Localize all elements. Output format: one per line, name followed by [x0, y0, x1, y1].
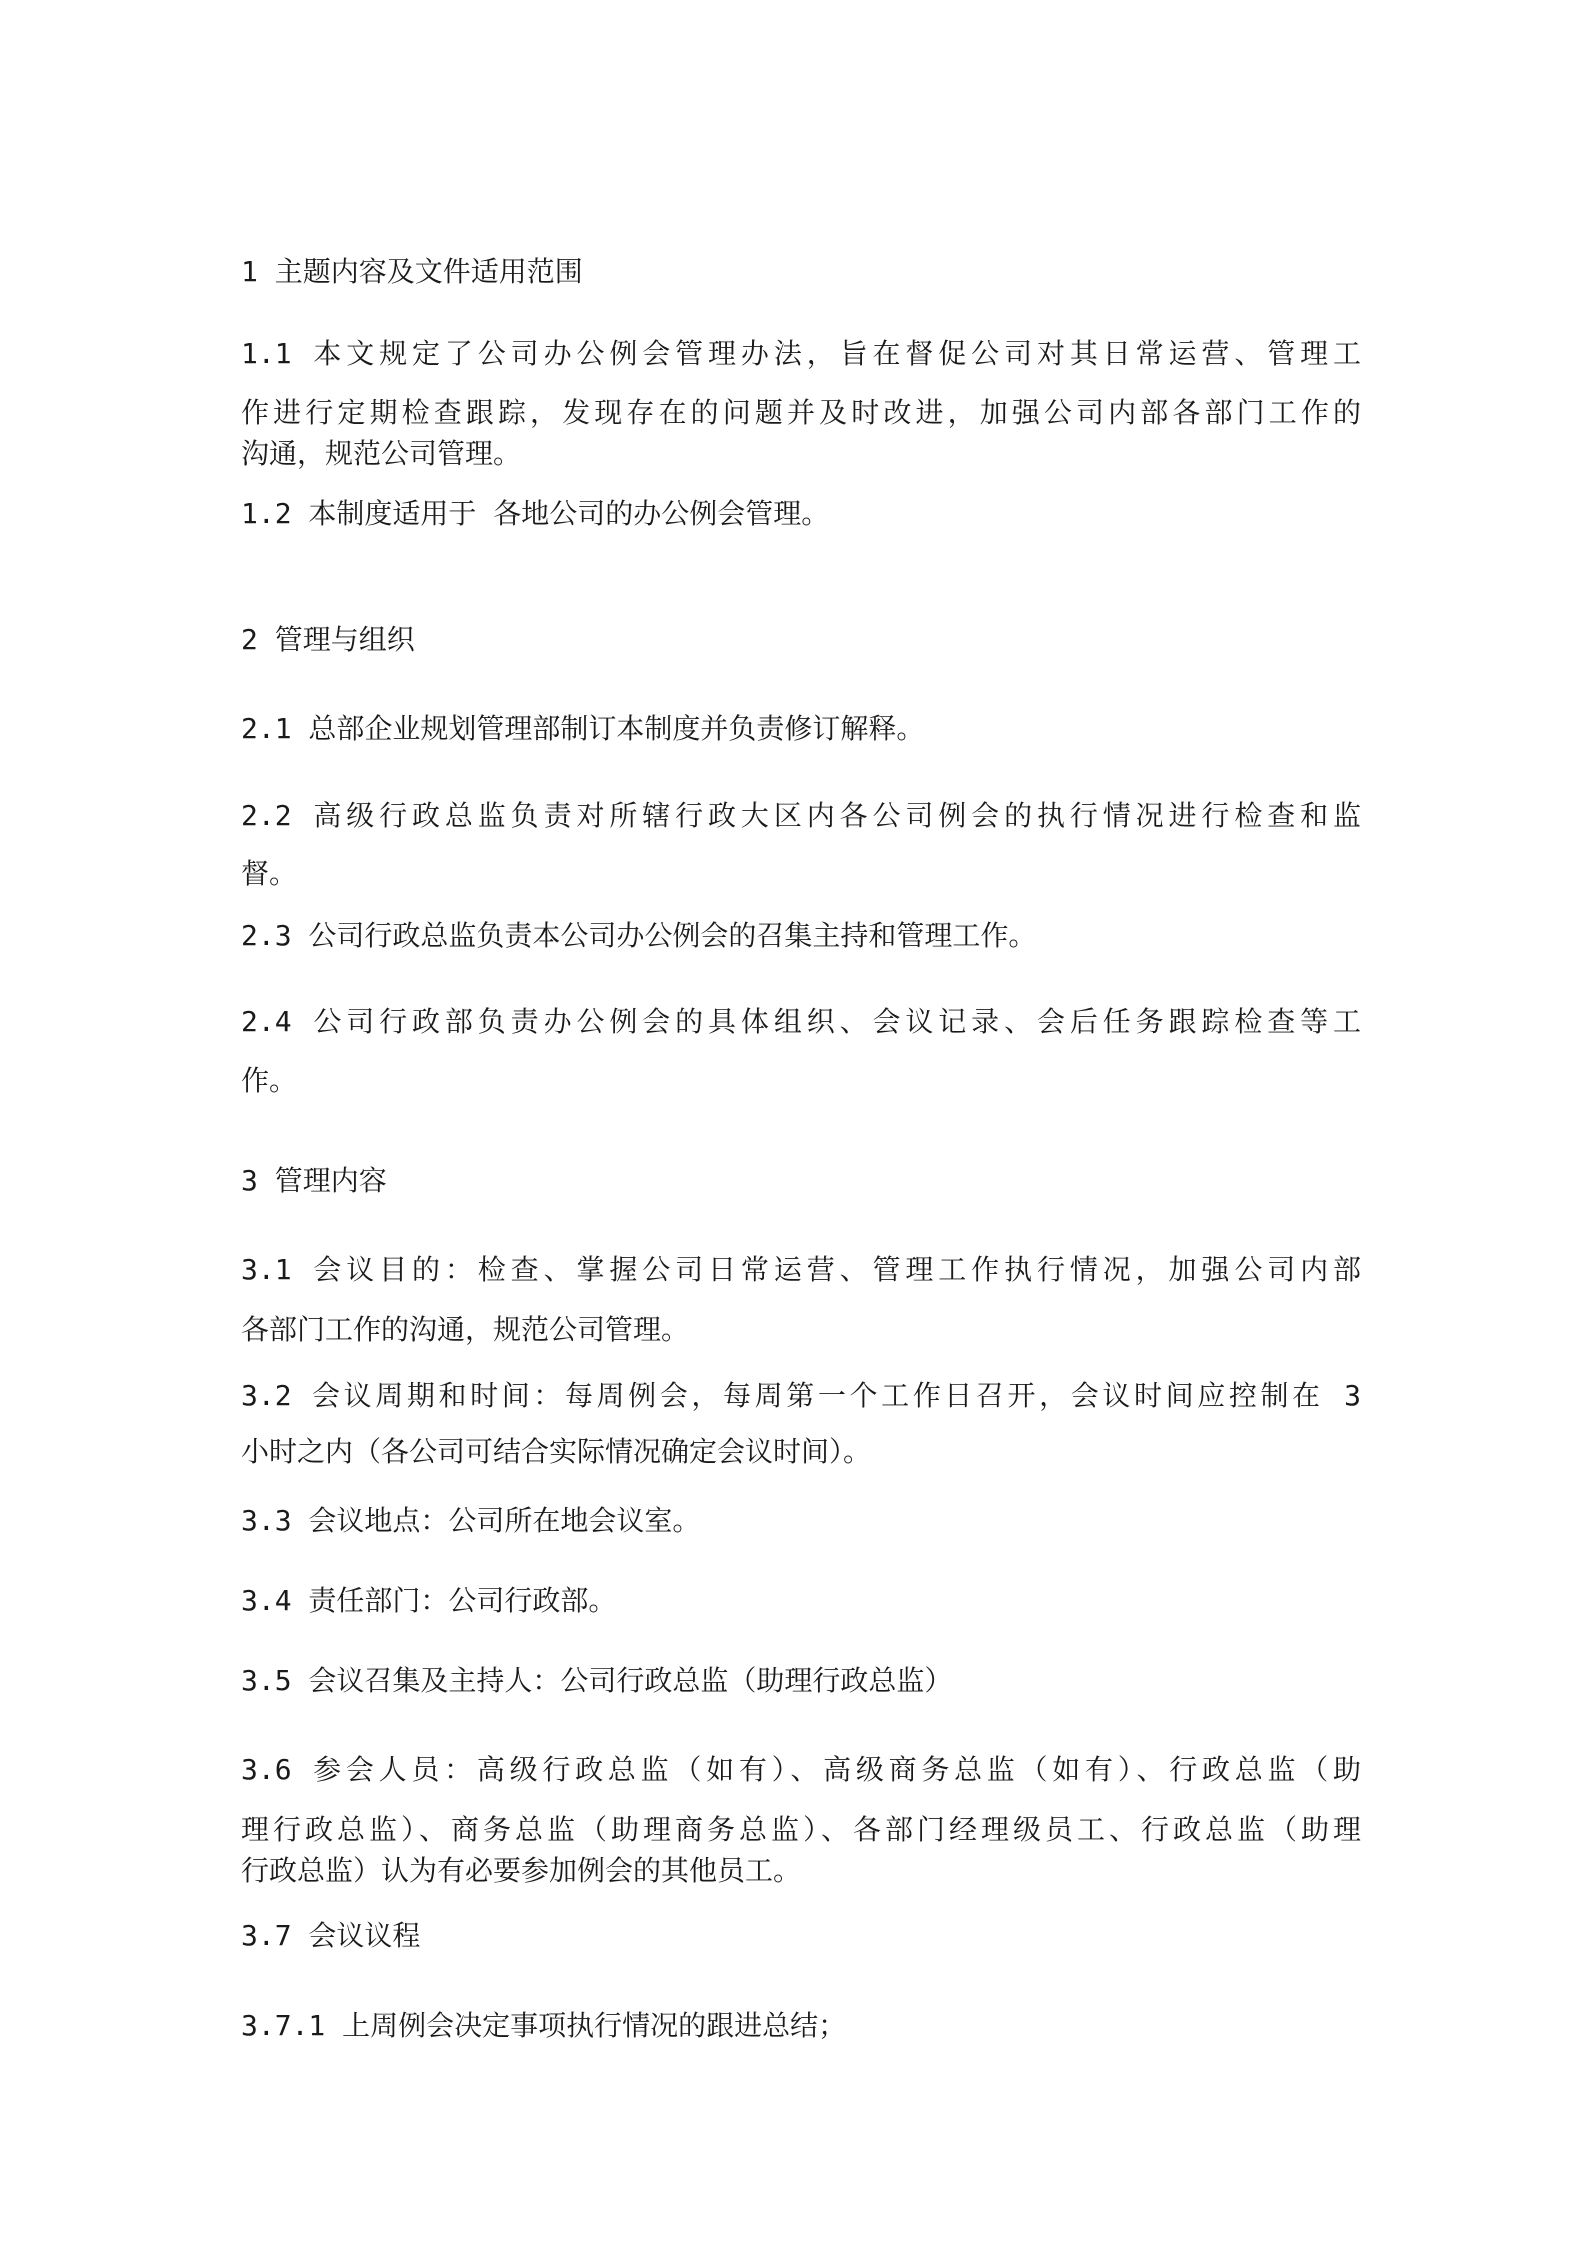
section-heading-3: 3 管理内容	[241, 1163, 1361, 1199]
section-heading-1: 1 主题内容及文件适用范围	[241, 254, 1361, 290]
clause-2-2-line-1: 2.2 高级行政总监负责对所辖行政大区内各公司例会的执行情况进行检查和监	[241, 798, 1361, 834]
clause-3-4: 3.4 责任部门：公司行政部。	[241, 1583, 1361, 1619]
clause-3-1-line-2: 各部门工作的沟通，规范公司管理。	[241, 1312, 1361, 1348]
clause-3-6-line-2: 理行政总监）、商务总监（助理商务总监）、各部门经理级员工、行政总监（助理	[241, 1812, 1361, 1848]
clause-3-7-1: 3.7.1 上周例会决定事项执行情况的跟进总结；	[241, 2008, 1361, 2044]
section-heading-2: 2 管理与组织	[241, 622, 1361, 658]
clause-3-5: 3.5 会议召集及主持人：公司行政总监（助理行政总监）	[241, 1663, 1361, 1699]
clause-1-2: 1.2 本制度适用于 各地公司的办公例会管理。	[241, 496, 1361, 532]
clause-3-6-line-1: 3.6 参会人员：高级行政总监（如有）、高级商务总监（如有）、行政总监（助	[241, 1752, 1361, 1788]
clause-3-1-line-1: 3.1 会议目的：检查、掌握公司日常运营、管理工作执行情况，加强公司内部	[241, 1252, 1361, 1288]
clause-3-2-line-2: 小时之内（各公司可结合实际情况确定会议时间）。	[241, 1434, 1361, 1470]
clause-1-1-line-1: 1.1 本文规定了公司办公例会管理办法，旨在督促公司对其日常运营、管理工	[241, 336, 1361, 372]
clause-1-1-line-3: 沟通，规范公司管理。	[241, 436, 1361, 472]
clause-2-1: 2.1 总部企业规划管理部制订本制度并负责修订解释。	[241, 711, 1361, 747]
clause-2-2-line-2: 督。	[241, 856, 1361, 892]
clause-1-1-line-2: 作进行定期检查跟踪，发现存在的问题并及时改进，加强公司内部各部门工作的	[241, 395, 1361, 431]
clause-2-4-line-1: 2.4 公司行政部负责办公例会的具体组织、会议记录、会后任务跟踪检查等工	[241, 1004, 1361, 1040]
clause-3-2-line-1: 3.2 会议周期和时间：每周例会，每周第一个工作日召开，会议时间应控制在 3	[241, 1378, 1361, 1414]
clause-3-3: 3.3 会议地点：公司所在地会议室。	[241, 1503, 1361, 1539]
clause-2-4-line-2: 作。	[241, 1063, 1361, 1099]
document-page: 1 主题内容及文件适用范围 1.1 本文规定了公司办公例会管理办法，旨在督促公司…	[0, 0, 1587, 2245]
clause-3-6-line-3: 行政总监）认为有必要参加例会的其他员工。	[241, 1853, 1361, 1889]
clause-3-7: 3.7 会议议程	[241, 1918, 1361, 1954]
clause-2-3: 2.3 公司行政总监负责本公司办公例会的召集主持和管理工作。	[241, 918, 1361, 954]
